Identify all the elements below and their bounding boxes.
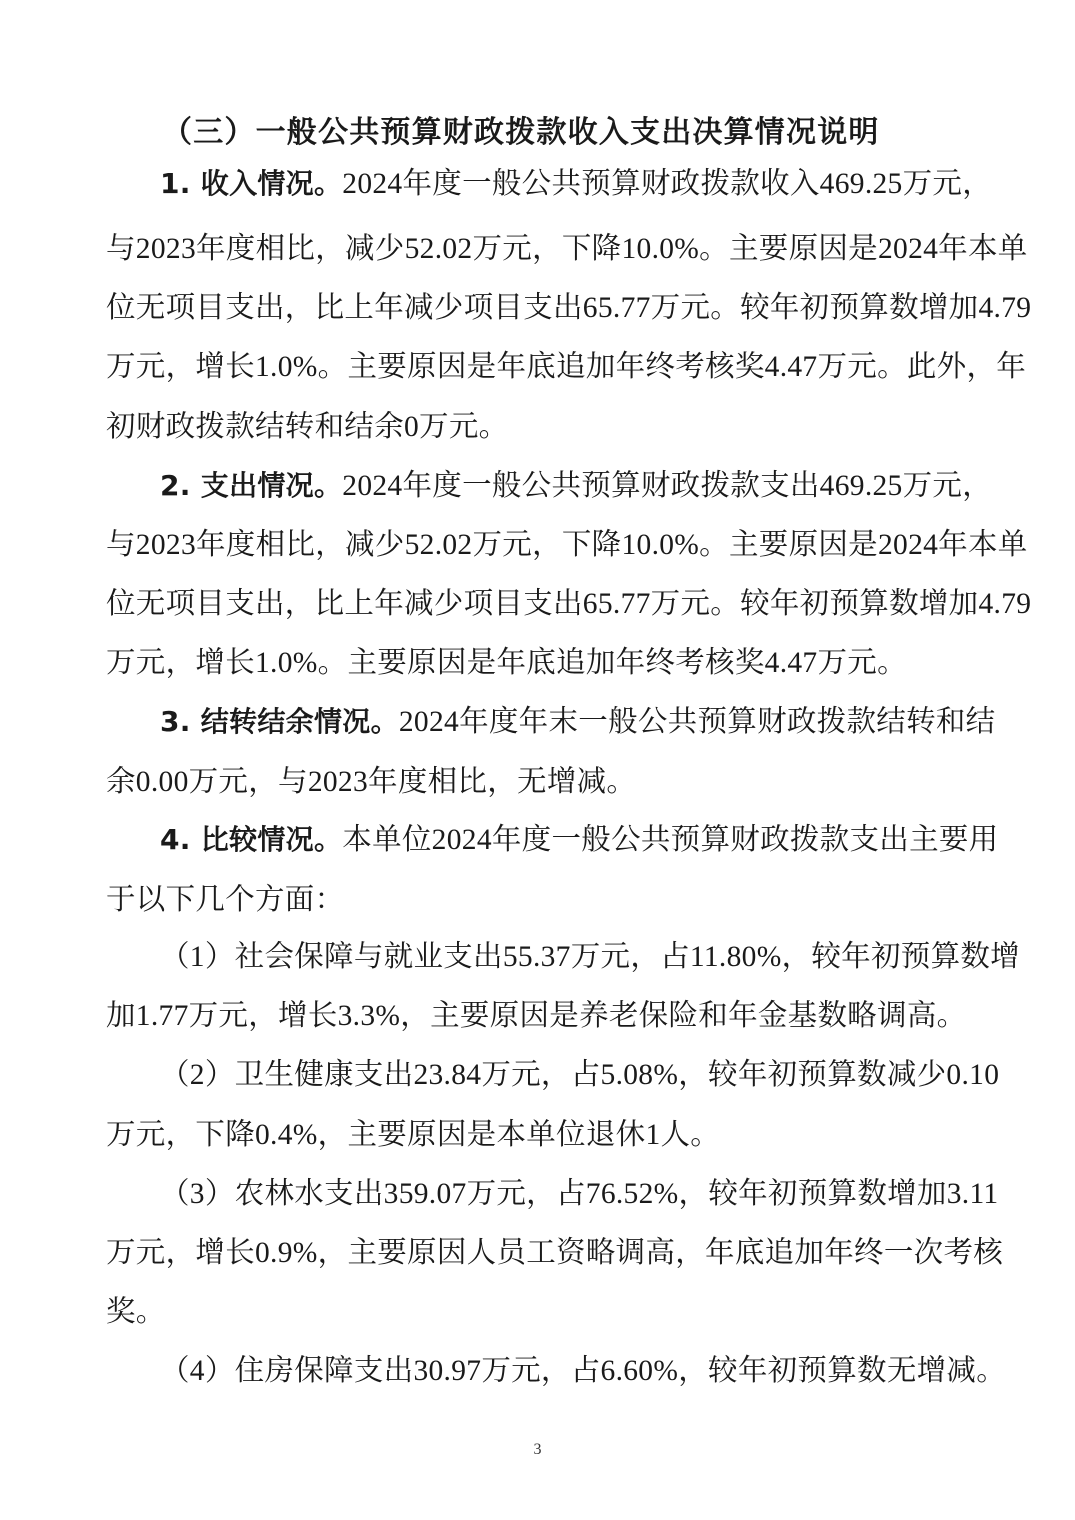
item-health-line-2: 万元，下降0.4%，主要原因是本单位退休1人。: [106, 1115, 974, 1155]
item-agriculture-line-3: 奖。: [106, 1292, 974, 1332]
paragraph-expenditure-line-4: 万元，增长1.0%。主要原因是年底追加年终考核奖4.47万元。: [106, 643, 974, 683]
item-health-line-1: （2）卫生健康支出23.84万元，占5.08%，较年初预算数减少0.10: [160, 1055, 974, 1095]
section-heading: （三）一般公共预算财政拨款收入支出决算情况说明: [162, 112, 880, 154]
paragraph-expenditure-line-2: 与2023年度相比，减少52.02万元，下降10.0%。主要原因是2024年本单: [106, 525, 974, 565]
paragraph-comparison-line-2: 于以下几个方面：: [106, 880, 974, 920]
item-social-security-line-1: （1）社会保障与就业支出55.37万元，占11.80%，较年初预算数增: [160, 937, 974, 977]
paragraph-income-line-1: 1. 收入情况。2024年度一般公共预算财政拨款收入469.25万元，: [160, 164, 974, 204]
paragraph-lead-comparison: 4. 比较情况。: [160, 823, 342, 856]
paragraph-carryover-line-2: 余0.00万元，与2023年度相比，无增减。: [106, 762, 974, 802]
paragraph-expenditure-line-3: 位无项目支出，比上年减少项目支出65.77万元。较年初预算数增加4.79: [106, 584, 974, 624]
item-housing-line-1: （4）住房保障支出30.97万元，占6.60%，较年初预算数无增减。: [160, 1351, 974, 1391]
paragraph-lead-income: 1. 收入情况。: [160, 167, 342, 200]
item-social-security-line-2: 加1.77万元，增长3.3%，主要原因是养老保险和年金基数略调高。: [106, 996, 974, 1036]
paragraph-expenditure-line-1: 2. 支出情况。2024年度一般公共预算财政拨款支出469.25万元，: [160, 466, 974, 506]
item-agriculture-line-2: 万元，增长0.9%，主要原因人员工资略调高，年底追加年终一次考核: [106, 1233, 974, 1273]
paragraph-lead-carryover: 3. 结转结余情况。: [160, 705, 399, 738]
paragraph-income-line-3: 位无项目支出，比上年减少项目支出65.77万元。较年初预算数增加4.79: [106, 288, 974, 328]
paragraph-comparison-line-1: 4. 比较情况。本单位2024年度一般公共预算财政拨款支出主要用: [160, 820, 974, 860]
item-agriculture-line-1: （3）农林水支出359.07万元，占76.52%，较年初预算数增加3.11: [160, 1174, 974, 1214]
paragraph-income-line-2: 与2023年度相比，减少52.02万元，下降10.0%。主要原因是2024年本单: [106, 229, 974, 269]
paragraph-lead-expenditure: 2. 支出情况。: [160, 469, 342, 502]
paragraph-carryover-line-1: 3. 结转结余情况。2024年度年末一般公共预算财政拨款结转和结: [160, 702, 974, 742]
paragraph-income-line-5: 初财政拨款结转和结余0万元。: [106, 407, 974, 447]
document-page: （三）一般公共预算财政拨款收入支出决算情况说明 1. 收入情况。2024年度一般…: [0, 0, 1075, 1520]
paragraph-income-line-4: 万元，增长1.0%。主要原因是年底追加年终考核奖4.47万元。此外，年: [106, 347, 974, 387]
page-number: 3: [0, 1440, 1075, 1460]
